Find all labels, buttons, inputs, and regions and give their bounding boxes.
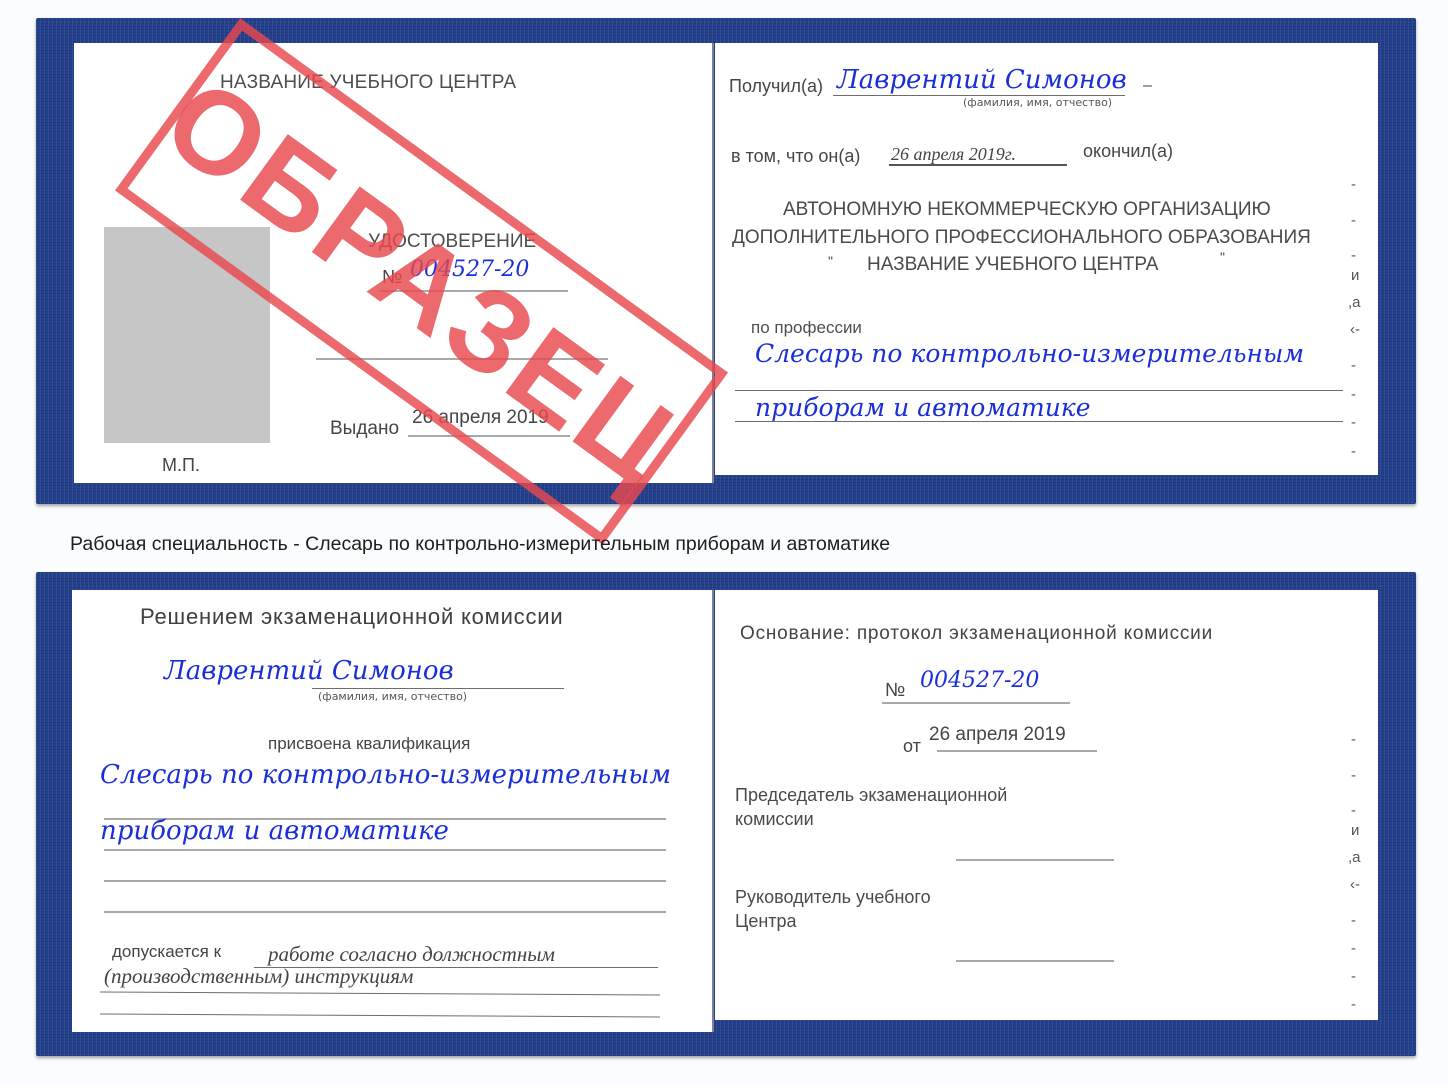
- qualification-line-1: Слесарь по контрольно-измерительным: [100, 760, 671, 790]
- completion-underline: [889, 164, 1067, 166]
- edge-mark: -: [1351, 357, 1356, 374]
- photo-placeholder: [104, 227, 270, 443]
- spine-top: [712, 43, 714, 483]
- protocol-number: 004527-20: [920, 668, 1039, 693]
- person-name-underline: [312, 688, 564, 689]
- basis-label: Основание: протокол экзаменационной коми…: [740, 623, 1213, 645]
- recipient-name: Лаврентий Симонов: [837, 65, 1127, 95]
- profession-line-1: Слесарь по контрольно-измерительным: [755, 339, 1304, 368]
- chair-label-1: Председатель экзаменационной: [735, 785, 1007, 806]
- protocol-number-label: №: [885, 680, 905, 702]
- number-underline: [380, 290, 568, 292]
- protocol-date-label: от: [903, 736, 921, 757]
- that-label: в том, что он(а): [731, 146, 860, 167]
- edge-mark: ‹-: [1350, 876, 1360, 893]
- completed-label: окончил(а): [1083, 141, 1173, 162]
- dash: –: [1143, 77, 1152, 95]
- name-caption: (фамилия, имя, отчество): [318, 690, 467, 703]
- org-quote-open: ": [828, 253, 833, 269]
- qualification-underline-2: [104, 849, 666, 851]
- seal-label: М.П.: [162, 455, 200, 476]
- edge-mark: ,а: [1348, 294, 1361, 311]
- edge-mark: -: [1351, 731, 1356, 748]
- edge-mark: -: [1351, 767, 1356, 784]
- edge-mark: -: [1351, 212, 1356, 229]
- issued-date: 26 апреля 2019: [412, 407, 549, 429]
- chair-signature-line[interactable]: [956, 859, 1114, 861]
- admitted-underline-3: [100, 1014, 660, 1018]
- certificate-top-right-page: Получил(а) Лаврентий Симонов (фамилия, и…: [715, 43, 1378, 475]
- edge-mark: -: [1351, 247, 1356, 264]
- edge-mark: -: [1351, 386, 1356, 403]
- edge-mark: и: [1351, 822, 1359, 839]
- commission-heading: Решением экзаменационной комиссии: [140, 604, 563, 630]
- edge-mark: -: [1351, 968, 1356, 985]
- chair-label-2: комиссии: [735, 809, 814, 830]
- org-quote-close: ": [1220, 249, 1225, 265]
- doc-title: УДОСТОВЕРЕНИЕ: [368, 231, 536, 253]
- profession-label: по профессии: [751, 318, 862, 338]
- head-label-2: Центра: [735, 911, 797, 932]
- specialty-caption: Рабочая специальность - Слесарь по контр…: [70, 533, 890, 556]
- issued-label: Выдано: [330, 418, 399, 440]
- head-label-1: Руководитель учебного: [735, 887, 931, 908]
- head-signature-line[interactable]: [956, 960, 1114, 962]
- org-line-2: ДОПОЛНИТЕЛЬНОГО ПРОФЕССИОНАЛЬНОГО ОБРАЗО…: [732, 227, 1311, 249]
- certificate-number: 004527-20: [410, 257, 529, 282]
- org-line-1: АВТОНОМНУЮ НЕКОММЕРЧЕСКУЮ ОРГАНИЗАЦИЮ: [783, 199, 1271, 221]
- profession-underline-2: [735, 421, 1343, 422]
- qualification-underline-3: [104, 880, 666, 882]
- edge-mark: -: [1351, 996, 1356, 1013]
- protocol-number-underline: [882, 702, 1070, 704]
- profession-line-2: приборам и автоматике: [755, 393, 1091, 422]
- number-label: №: [382, 267, 402, 289]
- issued-underline: [408, 435, 570, 437]
- profession-underline-1: [735, 390, 1343, 391]
- protocol-date-underline: [937, 750, 1097, 752]
- admitted-label: допускается к: [112, 942, 221, 962]
- certificate-bottom-right-page: Основание: протокол экзаменационной коми…: [715, 590, 1378, 1020]
- edge-mark: ‹-: [1350, 321, 1360, 338]
- edge-mark: и: [1351, 267, 1359, 284]
- org-name: НАЗВАНИЕ УЧЕБНОГО ЦЕНТРА: [220, 72, 516, 94]
- edge-mark: -: [1351, 443, 1356, 460]
- spine-bottom: [712, 590, 714, 1032]
- edge-mark: ,а: [1348, 849, 1361, 866]
- edge-mark: -: [1351, 802, 1356, 819]
- qualification-label: присвоена квалификация: [268, 734, 470, 754]
- blank-underline: [316, 358, 608, 360]
- admitted-line-2: (производственным) инструкциям: [104, 964, 413, 989]
- certificate-top-left-page: НАЗВАНИЕ УЧЕБНОГО ЦЕНТРА УДОСТОВЕРЕНИЕ №…: [74, 43, 712, 483]
- edge-mark: -: [1351, 414, 1356, 431]
- completion-date: 26 апреля 2019г.: [891, 144, 1016, 165]
- qualification-line-2: приборам и автоматике: [100, 816, 449, 846]
- certificate-bottom-left-page: Решением экзаменационной комиссии Лаврен…: [72, 590, 712, 1032]
- name-caption: (фамилия, имя, отчество): [963, 96, 1112, 109]
- received-label: Получил(а): [729, 76, 823, 97]
- admitted-underline-2: [100, 992, 660, 996]
- protocol-date: 26 апреля 2019: [929, 724, 1066, 746]
- edge-mark: -: [1351, 940, 1356, 957]
- qualification-underline-4: [104, 911, 666, 913]
- edge-mark: -: [1351, 176, 1356, 193]
- edge-mark: -: [1351, 912, 1356, 929]
- person-name: Лаврентий Симонов: [164, 656, 454, 686]
- org-line-3: НАЗВАНИЕ УЧЕБНОГО ЦЕНТРА: [867, 254, 1159, 276]
